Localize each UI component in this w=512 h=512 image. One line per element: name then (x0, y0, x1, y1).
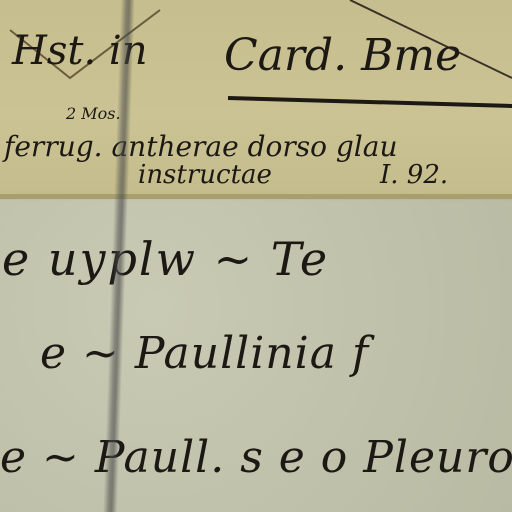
herbarium-label: Hst. in Card. Bme 2 Mos. ferrug. anthera… (0, 0, 512, 196)
label-annotation: 2 Mos. (66, 104, 121, 123)
label-edge (0, 194, 512, 199)
sheet-line-1: e uyplw ~ Te (2, 232, 329, 286)
sheet-line-2: e ~ Paullinia f (40, 328, 369, 379)
label-line3: instructae (138, 160, 272, 190)
label-line2: ferrug. antherae dorso glau (4, 130, 398, 163)
sheet-line-3: e ~ Paull. s e o Pleuro (0, 432, 512, 483)
label-line1-right: Card. Bme (224, 30, 461, 81)
label-ref: I. 92. (380, 160, 448, 190)
